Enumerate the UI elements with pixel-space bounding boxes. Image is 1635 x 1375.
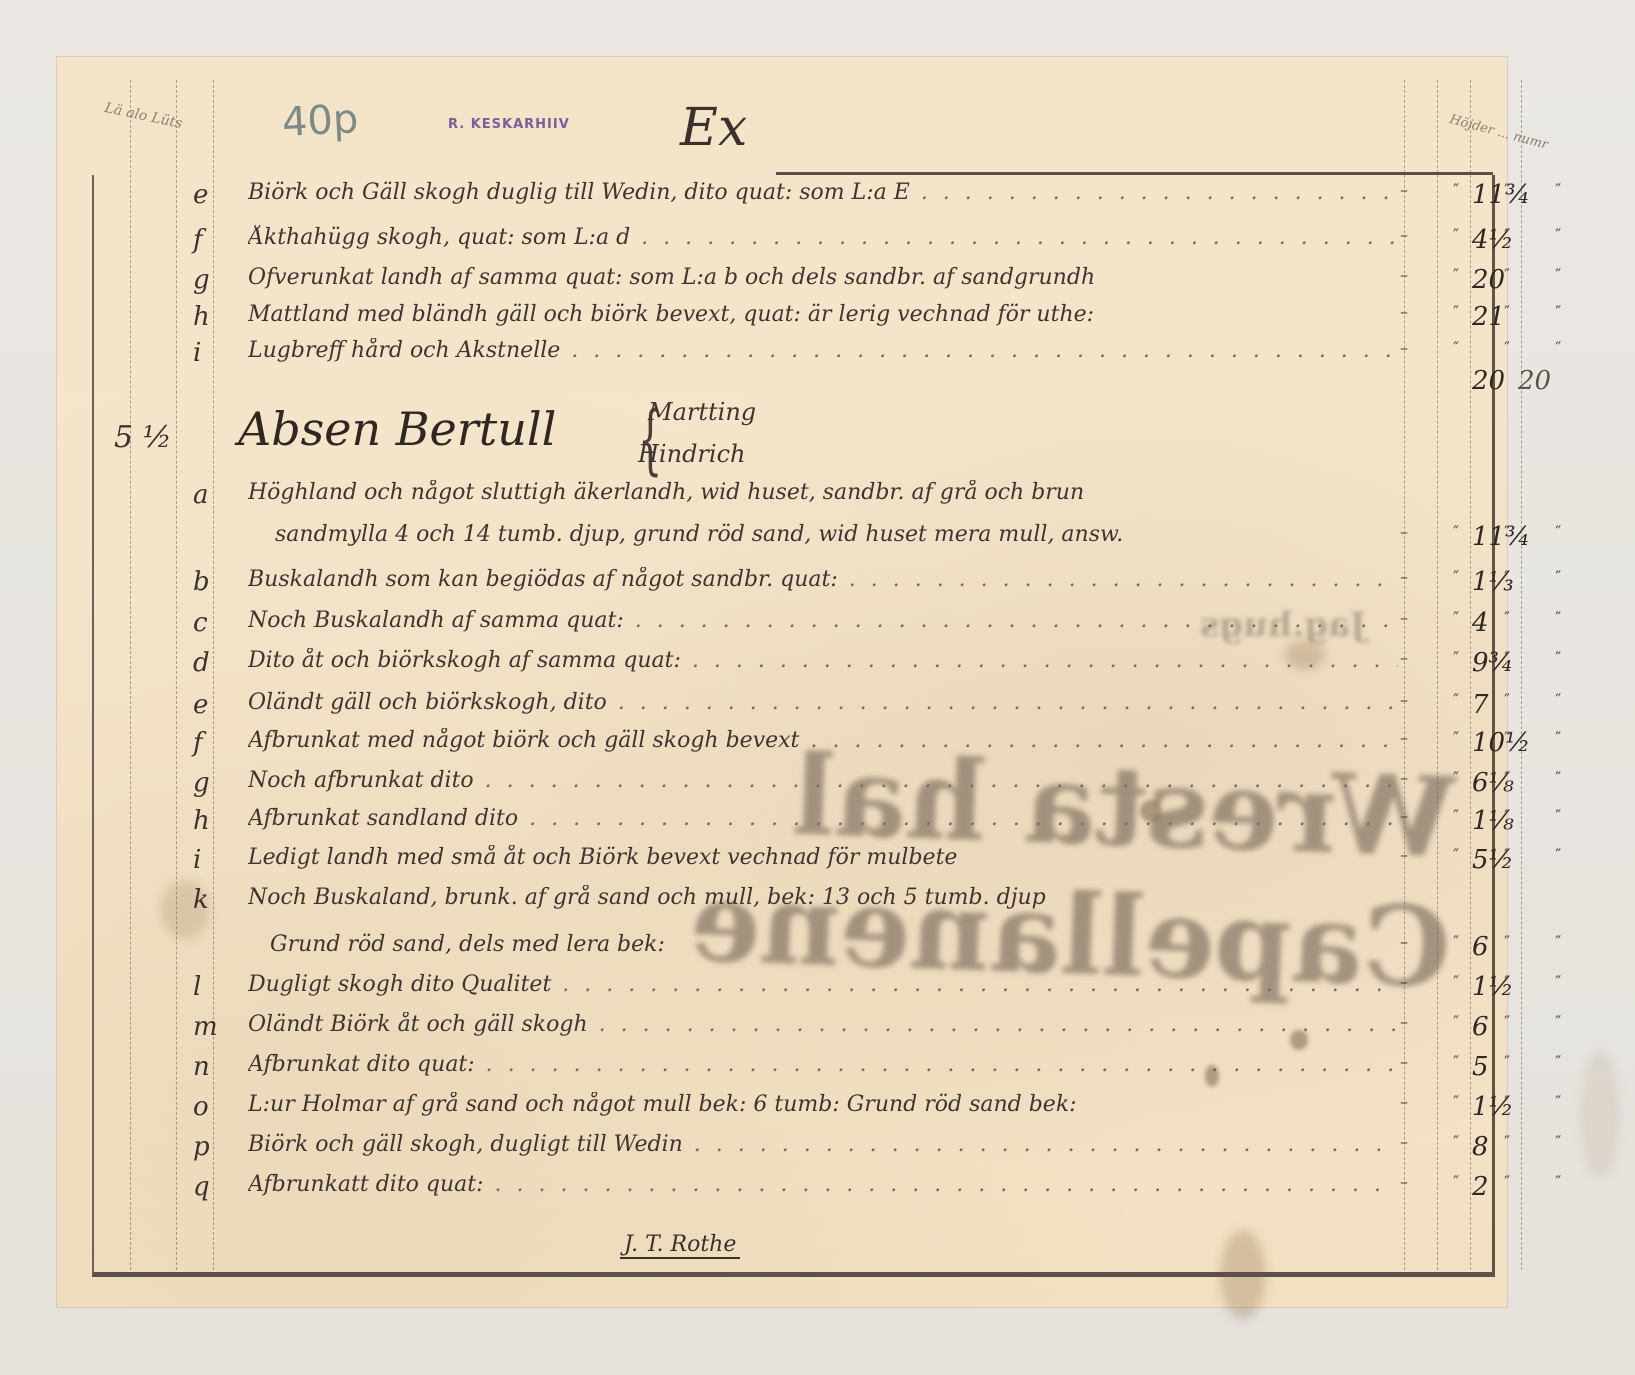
ledger-row: b Buskalandh som kan begiödas af något s…	[0, 567, 1635, 603]
pencil-folio-number: 40p	[281, 96, 360, 146]
farm-occupant: Hindrich	[638, 440, 745, 468]
row-value: 20	[1472, 265, 1506, 295]
row-letter: k	[193, 885, 223, 915]
ditto-marks: – ″ ″ ″	[1400, 338, 1581, 357]
row-value: 1½	[1472, 972, 1506, 1002]
row-letter: m	[193, 1012, 223, 1042]
ledger-row: l Dugligt skogh dito Qualitet – ″ ″ ″ 1½	[0, 972, 1635, 1008]
row-letter: i	[193, 845, 223, 875]
row-subtotal: 20	[1518, 366, 1551, 396]
row-value: 6⅛	[1472, 768, 1506, 798]
row-description: Åkthahügg skogh, quat: som L:a d	[248, 225, 1398, 250]
row-letter: e	[193, 690, 223, 720]
row-description: Dugligt skogh dito Qualitet	[248, 972, 1398, 997]
ledger-row: g Noch afbrunkat dito – ″ ″ ″ 6⅛	[0, 768, 1635, 804]
row-letter: a	[193, 480, 223, 510]
row-letter: f	[193, 225, 223, 255]
row-letter: l	[193, 972, 223, 1002]
farm-name: Absen Bertull	[238, 402, 556, 456]
row-value: 8	[1472, 1132, 1506, 1162]
row-description: Biörk och Gäll skogh duglig till Wedin, …	[248, 180, 1398, 205]
row-description: Afbrunkat sandland dito	[248, 806, 1398, 831]
row-letter: g	[193, 768, 223, 798]
row-letter: n	[193, 1052, 223, 1082]
row-value: 4	[1472, 608, 1506, 638]
row-description: Oländt gäll och biörkskogh, dito	[248, 690, 1398, 715]
row-value: 1½	[1472, 1092, 1506, 1122]
row-letter: b	[193, 567, 223, 597]
row-value: 21	[1472, 302, 1506, 332]
ledger-row: Grund röd sand, dels med lera bek: – ″ ″…	[0, 932, 1635, 968]
row-value: 4½	[1472, 225, 1506, 255]
farm-occupant: Martting	[648, 398, 756, 426]
row-value: 5	[1472, 1052, 1506, 1082]
ledger-row: q Afbrunkatt dito quat: – ″ ″ ″ 2	[0, 1172, 1635, 1208]
row-letter: g	[193, 265, 223, 295]
header-rule	[776, 172, 1493, 175]
row-value: 1⅓	[1472, 567, 1506, 597]
row-value: 2	[1472, 1172, 1506, 1202]
ink-blot	[1205, 1065, 1219, 1087]
ledger-row: p Biörk och gäll skogh, dugligt till Wed…	[0, 1132, 1635, 1168]
row-description: L:ur Holmar af grå sand och något mull b…	[248, 1092, 1398, 1117]
row-letter: o	[193, 1092, 223, 1122]
ledger-row: h Mattland med bländh gäll och biörk bev…	[0, 302, 1635, 338]
ledger-row: g Ofverunkat landh af samma quat: som L:…	[0, 265, 1635, 301]
row-value: 10½	[1472, 728, 1506, 758]
row-value: 9¾	[1472, 648, 1506, 678]
row-value: 11¾	[1472, 522, 1506, 552]
ledger-row: o L:ur Holmar af grå sand och något mull…	[0, 1092, 1635, 1128]
row-description: sandmylla 4 och 14 tumb. djup, grund röd…	[275, 522, 1425, 547]
ledger-row: i Lugbreff hård och Akstnelle – ″ ″ ″ 20…	[0, 338, 1635, 374]
row-letter: p	[193, 1132, 223, 1162]
ledger-row: n Afbrunkat dito quat: – ″ ″ ″ 5	[0, 1052, 1635, 1088]
row-description: Biörk och gäll skogh, dugligt till Wedin	[248, 1132, 1398, 1157]
row-letter: h	[193, 806, 223, 836]
row-description: Afbrunkatt dito quat:	[248, 1172, 1398, 1197]
row-description: Oländt Biörk åt och gäll skogh	[248, 1012, 1398, 1037]
row-description: Noch Buskalandh af samma quat:	[248, 608, 1398, 633]
ledger-row: d Dito åt och biörkskogh af samma quat: …	[0, 648, 1635, 684]
row-letter: h	[193, 302, 223, 332]
row-description: Lugbreff hård och Akstnelle	[248, 338, 1398, 363]
ledger-row: m Oländt Biörk åt och gäll skogh – ″ ″ ″…	[0, 1012, 1635, 1048]
ink-blot	[1290, 1030, 1308, 1050]
ledger-row: h Afbrunkat sandland dito – ″ ″ ″ 1⅛	[0, 806, 1635, 842]
farm-number: 5 ½	[114, 420, 172, 455]
ledger-row: e Biörk och Gäll skogh duglig till Wedin…	[0, 180, 1635, 216]
row-letter: c	[193, 608, 223, 638]
ledger-row: a Höghland och något sluttigh äkerlandh,…	[0, 480, 1635, 516]
row-value: 1⅛	[1472, 806, 1506, 836]
row-description: Dito åt och biörkskogh af samma quat:	[248, 648, 1398, 673]
row-value: 6	[1472, 932, 1506, 962]
row-description: Ledigt landh med små åt och Biörk bevext…	[248, 845, 1398, 870]
ledger-row: e Oländt gäll och biörkskogh, dito – ″ ″…	[0, 690, 1635, 726]
row-value: 5½	[1472, 845, 1506, 875]
ledger-row: k Noch Buskaland, brunk. af grå sand och…	[0, 885, 1635, 921]
archive-stamp: R. KESKARHIIV	[448, 117, 570, 132]
row-description: Afbrunkat dito quat:	[248, 1052, 1398, 1077]
row-value: 6	[1472, 1012, 1506, 1042]
row-letter: i	[193, 338, 223, 368]
row-description: Afbrunkat med något biörk och gäll skogh…	[248, 728, 1398, 753]
row-letter: d	[193, 648, 223, 678]
row-description: Noch Buskaland, brunk. af grå sand och m…	[248, 885, 1398, 910]
row-value: 11¾	[1472, 180, 1506, 210]
page-heading: Ex	[680, 98, 747, 158]
ledger-row: f Afbrunkat med något biörk och gäll sko…	[0, 728, 1635, 764]
row-value: 7	[1472, 690, 1506, 720]
ledger-row: f Åkthahügg skogh, quat: som L:a d – ″ ″…	[0, 225, 1635, 261]
row-description: Noch afbrunkat dito	[248, 768, 1398, 793]
row-letter: q	[193, 1172, 223, 1202]
surveyor-signature: J. T. Rothe	[620, 1232, 740, 1259]
ink-blot	[1140, 800, 1162, 822]
ledger-row: c Noch Buskalandh af samma quat: – ″ ″ ″…	[0, 608, 1635, 644]
row-description: Ofverunkat landh af samma quat: som L:a …	[248, 265, 1398, 290]
row-description: Höghland och något sluttigh äkerlandh, w…	[248, 480, 1398, 505]
row-description: Grund röd sand, dels med lera bek:	[270, 932, 1420, 957]
ledger-row: i Ledigt landh med små åt och Biörk beve…	[0, 845, 1635, 881]
row-description: Mattland med bländh gäll och biörk bevex…	[248, 302, 1398, 327]
row-letter: e	[193, 180, 223, 210]
row-letter: f	[193, 728, 223, 758]
ledger-row: sandmylla 4 och 14 tumb. djup, grund röd…	[0, 522, 1635, 558]
row-value: 20	[1472, 366, 1506, 396]
row-description: Buskalandh som kan begiödas af något san…	[248, 567, 1398, 592]
